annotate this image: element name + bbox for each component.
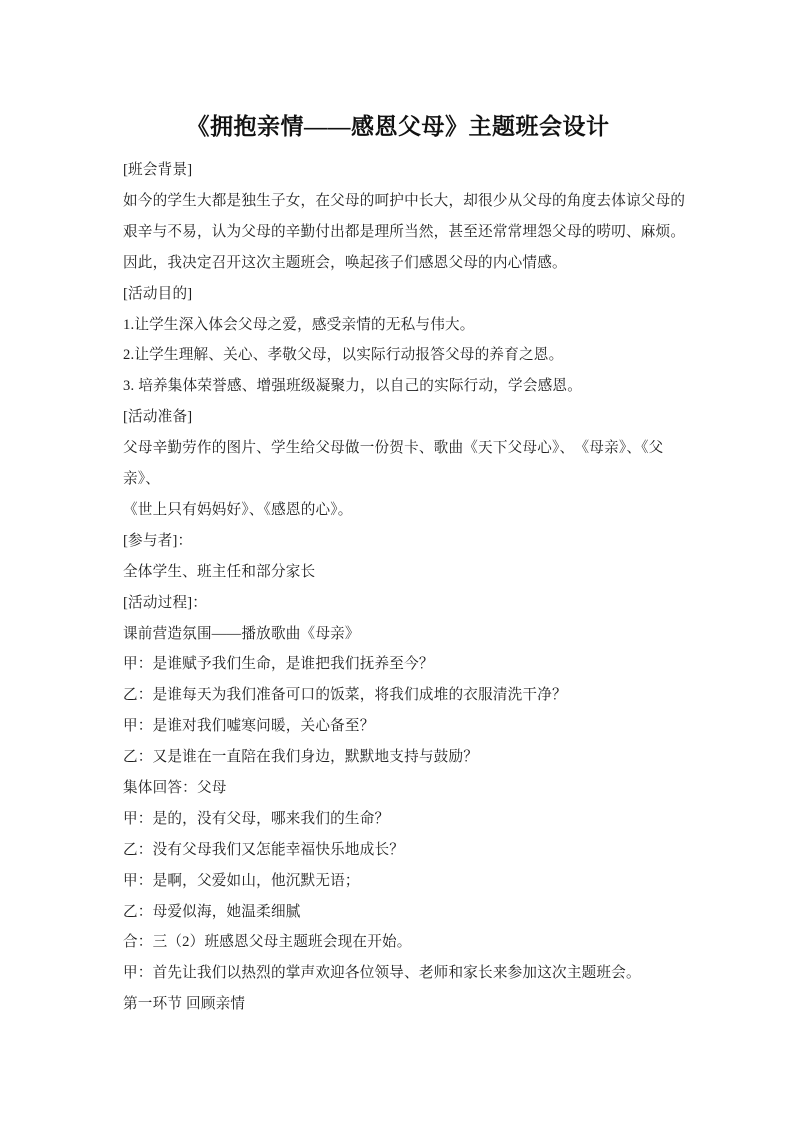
paragraph-line: 父母辛勤劳作的图片、学生给父母做一份贺卡、歌曲《天下父母心》、 《母亲》、《父 <box>123 433 673 464</box>
dialogue-line: 甲：是啊，父爱如山，他沉默无语； <box>123 865 673 896</box>
paragraph-line: 亲》、 <box>123 464 673 495</box>
dialogue-line: 乙：没有父母我们又怎能幸福快乐地成长？ <box>123 835 673 866</box>
paragraph-line: 全体学生、班主任和部分家长 <box>123 557 673 588</box>
dialogue-line: 甲：是谁赋予我们生命，是谁把我们抚养至今？ <box>123 649 673 680</box>
paragraph-line: 艰辛与不易，认为父母的辛勤付出都是理所当然，甚至还常常埋怨父母的唠叨、麻烦。 <box>123 217 673 248</box>
paragraph-line: 《世上只有妈妈好》、《感恩的心》。 <box>123 495 673 526</box>
dialogue-line: 甲：是的，没有父母，哪来我们的生命？ <box>123 804 673 835</box>
dialogue-line: 合：三（2）班感恩父母主题班会现在开始。 <box>123 927 673 958</box>
paragraph-line: 课前营造氛围——播放歌曲《母亲》 <box>123 618 673 649</box>
goal-item-2: 2.让学生理解、关心、孝敬父母，以实际行动报答父母的养育之恩。 <box>123 340 673 371</box>
dialogue-line: 甲：首先让我们以热烈的掌声欢迎各位领导、老师和家长来参加这次主题班会。 <box>123 958 673 989</box>
paragraph-line: 如今的学生大都是独生子女，在父母的呵护中长大，却很少从父母的角度去体谅父母的 <box>123 186 673 217</box>
dialogue-line: 乙：是谁每天为我们准备可口的饭菜，将我们成堆的衣服清洗干净？ <box>123 680 673 711</box>
document-body: [班会背景] 如今的学生大都是独生子女，在父母的呵护中长大，却很少从父母的角度去… <box>123 155 673 1020</box>
section-label-background: [班会背景] <box>123 155 673 186</box>
document-page: 《拥抱亲情——感恩父母》主题班会设计 [班会背景] 如今的学生大都是独生子女，在… <box>0 0 793 1122</box>
dialogue-line: 乙：母爱似海，她温柔细腻 <box>123 896 673 927</box>
section-label-preparation: [活动准备] <box>123 402 673 433</box>
section-label-participants: [参与者]： <box>123 526 673 557</box>
paragraph-line: 因此，我决定召开这次主题班会，唤起孩子们感恩父母的内心情感。 <box>123 248 673 279</box>
section-label-process: [活动过程]： <box>123 587 673 618</box>
document-title: 《拥抱亲情——感恩父母》主题班会设计 <box>123 107 673 147</box>
dialogue-line: 集体回答：父母 <box>123 773 673 804</box>
section-heading-part-one: 第一环节 回顾亲情 <box>123 989 673 1020</box>
section-label-goals: [活动目的] <box>123 279 673 310</box>
dialogue-line: 甲：是谁对我们嘘寒问暖，关心备至？ <box>123 711 673 742</box>
goal-item-1: 1.让学生深入体会父母之爱，感受亲情的无私与伟大。 <box>123 309 673 340</box>
goal-item-3: 3. 培养集体荣誉感、增强班级凝聚力，以自己的实际行动，学会感恩。 <box>123 371 673 402</box>
dialogue-line: 乙：又是谁在一直陪在我们身边，默默地支持与鼓励？ <box>123 742 673 773</box>
